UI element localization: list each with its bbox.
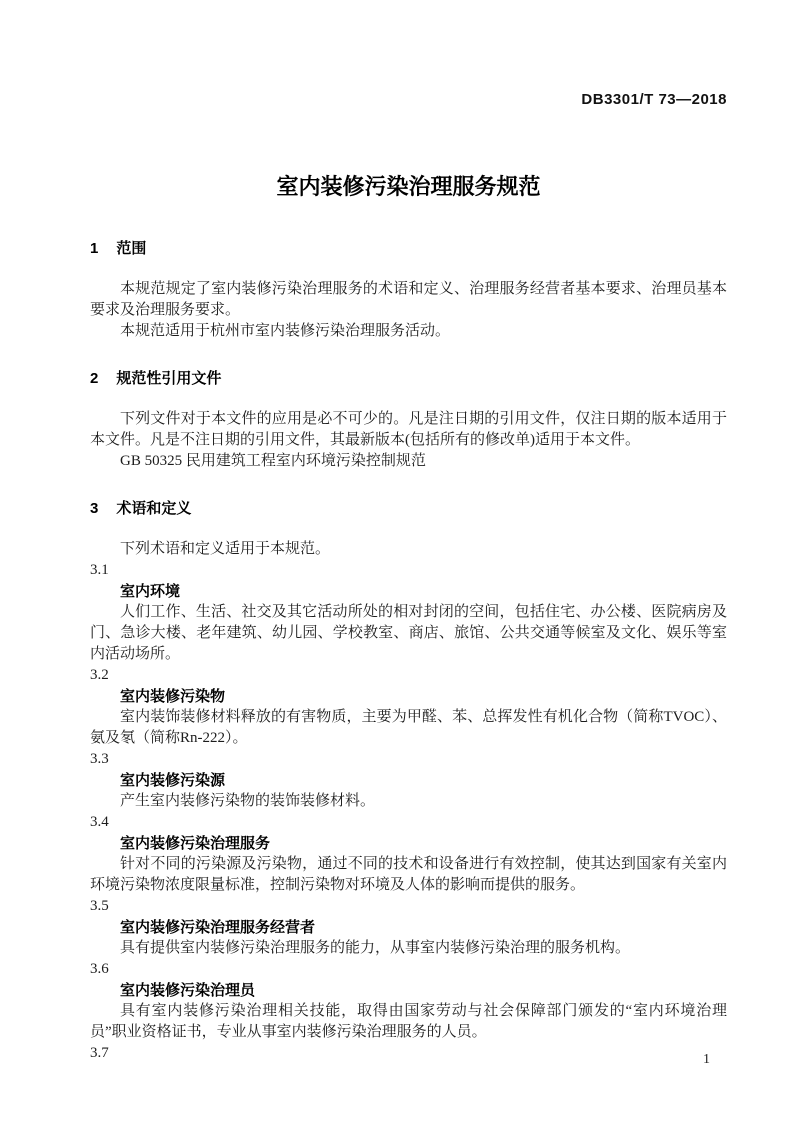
section-title: 术语和定义 [116, 500, 191, 517]
paragraph: 下列文件对于本文件的应用是必不可少的。凡是注日期的引用文件，仅注日期的版本适用于… [90, 409, 727, 451]
term-name: 室内装修污染源 [90, 770, 727, 791]
term-number: 3.5 [90, 896, 727, 917]
section-heading-scope: 1范围 [90, 238, 727, 259]
section-title: 规范性引用文件 [116, 370, 221, 387]
paragraph: 本规范适用于杭州市室内装修污染治理服务活动。 [90, 321, 727, 342]
term-number: 3.7 [90, 1043, 727, 1064]
term-definition: 产生室内装修污染物的装饰装修材料。 [90, 791, 727, 812]
document-page: DB3301/T 73—2018 室内装修污染治理服务规范 1范围 本规范规定了… [0, 0, 800, 1132]
section-number: 2 [90, 368, 98, 389]
section-heading-normative-references: 2规范性引用文件 [90, 368, 727, 389]
term-definition: 室内装饰装修材料释放的有害物质，主要为甲醛、苯、总挥发性有机化合物（简称TVOC… [90, 707, 727, 749]
term-entry: 3.5 室内装修污染治理服务经营者 具有提供室内装修污染治理服务的能力，从事室内… [90, 896, 727, 959]
section-title: 范围 [116, 240, 146, 257]
normative-reference: GB 50325 民用建筑工程室内环境污染控制规范 [90, 451, 727, 472]
term-entry: 3.2 室内装修污染物 室内装饰装修材料释放的有害物质，主要为甲醛、苯、总挥发性… [90, 665, 727, 749]
term-definition: 针对不同的污染源及污染物，通过不同的技术和设备进行有效控制，使其达到国家有关室内… [90, 854, 727, 896]
term-entry: 3.3 室内装修污染源 产生室内装修污染物的装饰装修材料。 [90, 749, 727, 812]
term-number: 3.1 [90, 560, 727, 581]
term-entry: 3.6 室内装修污染治理员 具有室内装修污染治理相关技能，取得由国家劳动与社会保… [90, 959, 727, 1043]
term-entry: 3.4 室内装修污染治理服务 针对不同的污染源及污染物，通过不同的技术和设备进行… [90, 812, 727, 896]
term-name: 室内装修污染物 [90, 686, 727, 707]
term-number: 3.3 [90, 749, 727, 770]
paragraph: 本规范规定了室内装修污染治理服务的术语和定义、治理服务经营者基本要求、治理员基本… [90, 279, 727, 321]
term-definition: 具有室内装修污染治理相关技能，取得由国家劳动与社会保障部门颁发的“室内环境治理员… [90, 1001, 727, 1043]
section-heading-terms-definitions: 3术语和定义 [90, 498, 727, 519]
section-number: 1 [90, 238, 98, 259]
term-entry: 3.7 [90, 1043, 727, 1064]
section-number: 3 [90, 498, 98, 519]
term-name: 室内装修污染治理服务 [90, 833, 727, 854]
term-name: 室内装修污染治理服务经营者 [90, 917, 727, 938]
standard-code: DB3301/T 73—2018 [581, 91, 727, 108]
term-entry: 3.1 室内环境 人们工作、生活、社交及其它活动所处的相对封闭的空间，包括住宅、… [90, 560, 727, 665]
term-name: 室内装修污染治理员 [90, 980, 727, 1001]
term-definition: 具有提供室内装修污染治理服务的能力，从事室内装修污染治理的服务机构。 [90, 938, 727, 959]
document-title: 室内装修污染治理服务规范 [90, 170, 727, 201]
term-definition: 人们工作、生活、社交及其它活动所处的相对封闭的空间，包括住宅、办公楼、医院病房及… [90, 602, 727, 665]
term-number: 3.4 [90, 812, 727, 833]
term-name: 室内环境 [90, 581, 727, 602]
paragraph: 下列术语和定义适用于本规范。 [90, 539, 727, 560]
term-number: 3.6 [90, 959, 727, 980]
term-number: 3.2 [90, 665, 727, 686]
page-number: 1 [703, 1052, 710, 1068]
document-body: 1范围 本规范规定了室内装修污染治理服务的术语和定义、治理服务经营者基本要求、治… [90, 238, 727, 1064]
